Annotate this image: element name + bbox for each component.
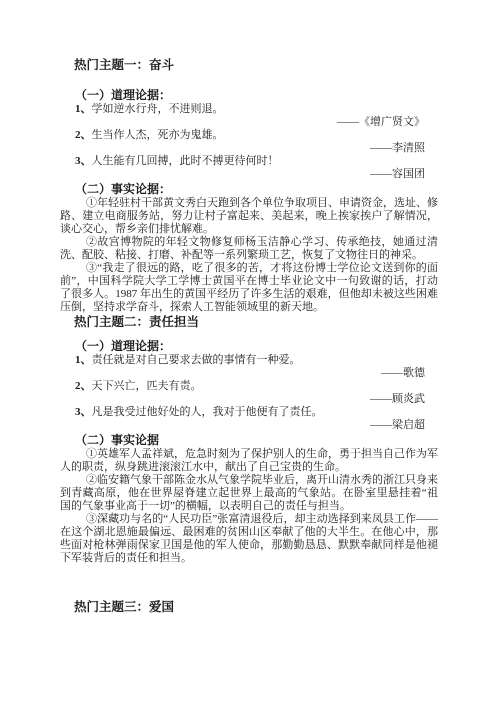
quote-author: ——梁启超	[60, 419, 438, 432]
reason-heading: （一）道理论据：	[60, 338, 438, 354]
fact-paragraph: ③深藏功与名的“人民功臣”张富清退役后，却主动选择到来凤县工作——在这个湖北恩施…	[60, 513, 438, 565]
quote-author: ——《增广贤文》	[60, 116, 438, 129]
topic-title: 热门主题一：奋斗	[60, 57, 438, 73]
topic-title: 热门主题二：责任担当	[60, 314, 438, 330]
quote-text: 人生能有几回搏，此时不搏更待何时！	[92, 155, 279, 167]
quote-number: 1、	[75, 103, 92, 115]
fact-paragraph: ②临安籍气象干部陈金水从气象学院毕业后，离开山清水秀的浙江只身来到青藏高原，他在…	[60, 474, 438, 513]
quote-text: 责任就是对自己要求去做的事情有一种爱。	[92, 354, 301, 366]
fact-heading: （二）事实论据：	[60, 181, 438, 197]
quote-author: ——容国团	[60, 168, 438, 181]
topic-section-struggle: 热门主题一：奋斗 （一）道理论据： 1、学如逆水行舟，不进则退。 ——《增广贤文…	[60, 57, 438, 314]
topic-section-responsibility: 热门主题二：责任担当 （一）道理论据： 1、责任就是对自己要求去做的事情有一种爱…	[60, 314, 438, 565]
quote-author: ——歌德	[60, 367, 438, 380]
quote-author: ——顾炎武	[60, 393, 438, 406]
quote-item: 1、责任就是对自己要求去做的事情有一种爱。	[60, 354, 438, 367]
topic-section-patriotism: 热门主题三：爱国	[60, 599, 438, 615]
quote-number: 3、	[75, 406, 92, 418]
quote-item: 3、人生能有几回搏，此时不搏更待何时！	[60, 155, 438, 168]
quote-item: 2、天下兴亡，匹夫有责。	[60, 380, 438, 393]
fact-paragraph: ①年轻驻村干部黄文秀白天跑到各个单位争取项目、申请资金，选址、修路、建立电商服务…	[60, 197, 438, 236]
quote-number: 2、	[75, 380, 92, 392]
fact-heading: （二）事实论据	[60, 432, 438, 448]
document-page: 热门主题一：奋斗 （一）道理论据： 1、学如逆水行舟，不进则退。 ——《增广贤文…	[0, 0, 500, 707]
quote-number: 3、	[75, 155, 92, 167]
fact-paragraph: ②故宫博物院的年轻文物修复师杨玉洁静心学习、传承绝技，她通过清洗、配胶、粘接、打…	[60, 236, 438, 262]
fact-paragraph: ①英雄军人孟祥斌，危急时刻为了保护别人的生命，勇于担当自己作为军人的职责，纵身跳…	[60, 448, 438, 474]
quote-author: ——李清照	[60, 142, 438, 155]
quote-text: 生当作人杰，死亦为鬼雄。	[92, 129, 224, 141]
quote-text: 学如逆水行舟，不进则退。	[92, 103, 224, 115]
quote-item: 3、凡是我受过他好处的人，我对于他便有了责任。	[60, 406, 438, 419]
quote-number: 1、	[75, 354, 92, 366]
fact-paragraph: ③“我走了很远的路，吃了很多的苦，才将这份博士学位论文送到你的面前”，中国科学院…	[60, 262, 438, 314]
quote-text: 凡是我受过他好处的人，我对于他便有了责任。	[92, 406, 323, 418]
quote-text: 天下兴亡，匹夫有责。	[92, 380, 202, 392]
reason-heading: （一）道理论据：	[60, 87, 438, 103]
topic-title: 热门主题三：爱国	[60, 599, 438, 615]
quote-number: 2、	[75, 129, 92, 141]
quote-item: 1、学如逆水行舟，不进则退。	[60, 103, 438, 116]
quote-item: 2、生当作人杰，死亦为鬼雄。	[60, 129, 438, 142]
